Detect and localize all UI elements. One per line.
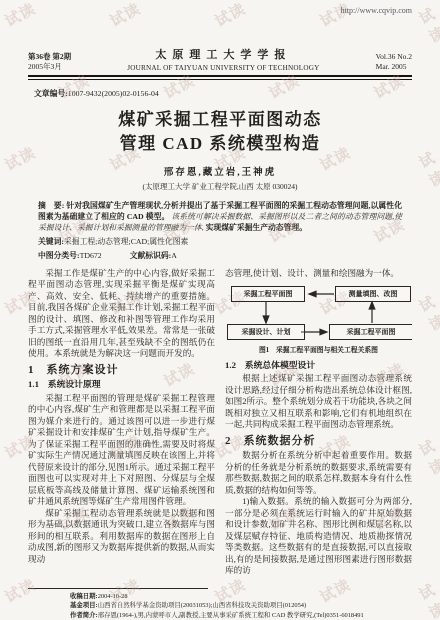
watermark-text: 试读 [415, 3, 440, 48]
journal-header: 第36卷 第2期 2005年3月 太原理工大学学报 JOURNAL OF TAI… [28, 46, 412, 72]
fund-label: 基金项目: [70, 602, 98, 609]
affiliation: (太原理工大学 矿业工程学院,山西 太原 030024) [0, 181, 440, 192]
section-1-1-paragraph-2: 煤矿采掘工程动态管理系统就是以数据和图形为基础,以数据通讯为突破口,建立各数据库… [28, 508, 215, 566]
abstract: 摘 要: 针对我国煤矿生产管理现状,分析并提出了基于采掘工程平面图的采掘工程动态… [38, 200, 402, 233]
header-divider [28, 75, 412, 80]
watermark-text: 试读 [106, 0, 144, 31]
article-number-label: 文章编号: [34, 89, 68, 98]
fund-value: 山西省自然科学基金资助项目(20031053);山西省科技攻关资助项目(0120… [98, 602, 306, 609]
section-2-heading: 2 系统数据分析 [225, 436, 412, 448]
footnotes: 收稿日期:2004-10-28 基金项目:山西省自然科学基金资助项目(20031… [70, 592, 440, 620]
volume-issue-cn: 第36卷 第2期 [28, 52, 71, 62]
author-bio-value: 邢存恩(1964-),男,内蒙呼市人,副教授,主要从事采矿系统工程和 CAD 教… [98, 612, 364, 619]
section-1-2-heading: 1.2 系统总体模型设计 [225, 360, 412, 372]
figure-box-design-plan: 采掘设计、计划 [227, 324, 305, 340]
doc-code-label: 文献标识码: [130, 251, 172, 260]
figure-box-survey-fill: 测量填图、改图 [335, 286, 411, 302]
date-en: Mar. 2005 [376, 62, 412, 72]
figure-1-flowchart: 采掘工程平面图 测量填图、改图 采掘设计、计划 采掘工程平面图 [225, 283, 412, 343]
paper-title-line2: 管理 CAD 系统模型构造 [0, 132, 440, 156]
journal-name-en: JOURNAL OF TAIYUAN UNIVERSITY OF TECHNOL… [127, 64, 319, 72]
received-date-line: 收稿日期:2004-10-28 [70, 592, 440, 602]
journal-name-cn: 太原理工大学学报 [127, 46, 319, 62]
article-number-line: 文章编号:1007-9432(2005)02-0156-04 [34, 88, 440, 99]
author-bio-line: 作者简介:邢存恩(1964-),男,内蒙呼市人,副教授,主要从事采矿系统工程和 … [70, 611, 440, 620]
section-1-1-paragraph: 采掘工程平面图的管理是煤矿采掘工程管理的中心内容,煤矿生产和管理都是以采掘工程平… [28, 393, 215, 508]
watermark-text: 试读 [415, 291, 440, 336]
source-url: http://www.cqvip.com [341, 6, 412, 15]
section-1-heading: 1 系统方案设计 [28, 365, 215, 377]
figure-1-caption: 图1 采掘工程平面图与相关工程关系图 [225, 345, 412, 357]
authors: 邢存恩,藏立岩,王神虎 [0, 164, 440, 178]
right-column: 态管理,使计划、设计、测量和绘图融为一体。 采掘工程平面图 测量 [225, 268, 412, 584]
abstract-label: 摘 要: [38, 201, 64, 210]
footnote-divider [28, 588, 208, 589]
abstract-text-3: 实现煤矿采掘生产动态管理。 [206, 223, 307, 232]
header-issue-cn: 第36卷 第2期 2005年3月 [28, 52, 71, 72]
doc-code-value: A [171, 251, 177, 260]
paper-title: 煤矿采掘工程平面图动态 管理 CAD 系统模型构造 [0, 108, 440, 156]
header-issue-en: Vol.36 No.2 Mar. 2005 [376, 52, 412, 72]
section-1-1-heading: 1.1 系统设计原理 [28, 379, 215, 391]
clc-value: TD672 [80, 251, 102, 260]
watermark-text: 试读 [415, 435, 440, 480]
date-cn: 2005年3月 [28, 62, 71, 72]
received-date-value: 2004-10-28 [98, 593, 128, 600]
classification-line: 中图分类号:TD672文献标识码:A [38, 250, 402, 261]
keywords-value: 采掘工程;动态管理;CAD;属性化图素 [64, 237, 188, 246]
section-1-2-paragraph: 根据上述煤矿采掘工程平面图动态管理系统设计思路,经过仔细分析构造出系统总体设计框… [225, 373, 412, 431]
figure-box-plan-map-bottom: 采掘工程平面图 [329, 324, 412, 340]
watermark-text: 试读 [1, 0, 39, 31]
journal-name-block: 太原理工大学学报 JOURNAL OF TAIYUAN UNIVERSITY O… [127, 46, 319, 72]
intro-paragraph: 采掘工作是煤矿生产的中心内容,做好采掘工程平面图动态管理,实现采掘平衡是煤矿实现… [28, 268, 215, 360]
article-number-value: 1007-9432(2005)02-0156-04 [68, 89, 159, 98]
left-column: 采掘工作是煤矿生产的中心内容,做好采掘工程平面图动态管理,实现采掘平衡是煤矿实现… [28, 268, 215, 584]
journal-page: 试读试读试读试读试读试读试读试读试读试读试读试读试读试读试读试读试读试读试读试读… [0, 0, 440, 620]
body-columns: 采掘工作是煤矿生产的中心内容,做好采掘工程平面图动态管理,实现采掘平衡是煤矿实现… [28, 268, 412, 584]
section-2-paragraph-1: 数据分析在系统分析中起着重要作用。数据分析的任务就是分析系统的数据要求,系统需要… [225, 450, 412, 496]
volume-issue-en: Vol.36 No.2 [376, 52, 412, 62]
fund-line: 基金项目:山西省自然科学基金资助项目(20031053);山西省科技攻关资助项目… [70, 601, 440, 611]
continued-line: 态管理,使计划、设计、测量和绘图融为一体。 [225, 268, 412, 280]
watermark-text: 试读 [316, 0, 354, 31]
keywords-line: 关键词:采掘工程;动态管理;CAD;属性化图素 [38, 236, 402, 247]
keywords-label: 关键词: [38, 237, 64, 246]
paper-title-line1: 煤矿采掘工程平面图动态 [0, 108, 440, 132]
author-bio-label: 作者简介: [70, 612, 98, 619]
clc-label: 中图分类号: [38, 251, 80, 260]
received-date-label: 收稿日期: [70, 593, 98, 600]
section-2-paragraph-2: 1)输入数据。系统的输入数据可分为两部分,一部分是必须在系统运行时输入的矿井原始… [225, 496, 412, 577]
watermark-text: 试读 [211, 0, 249, 31]
figure-box-plan-map-top: 采掘工程平面图 [231, 286, 305, 302]
